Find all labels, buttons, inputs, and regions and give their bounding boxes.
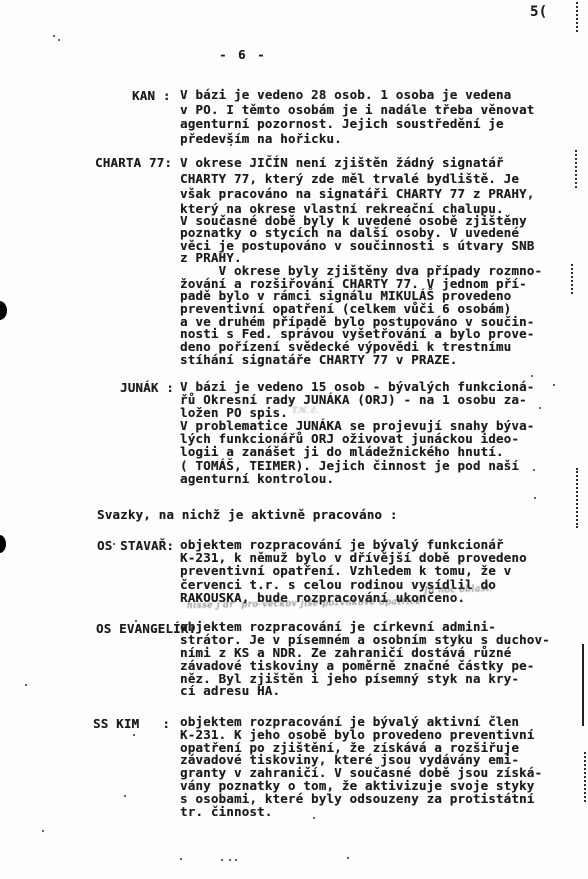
- punch-hole-top: [0, 301, 7, 320]
- ink-speck: [133, 734, 135, 736]
- text-line: logii a zanášet ji do mládežnického hnut…: [180, 445, 534, 458]
- ink-speck: [135, 620, 137, 622]
- text-block-charta-b: který na okrese vlastní rekreační chalup…: [180, 203, 534, 264]
- ink-speck: [180, 858, 182, 860]
- block-label-charta-a: CHARTA 77:: [95, 155, 172, 170]
- text-line: tr. činnost.: [180, 806, 542, 819]
- page-number: - 6 -: [219, 47, 267, 62]
- ink-speck: [113, 543, 115, 545]
- ink-speck: [534, 497, 536, 499]
- ink-speck: [230, 144, 232, 146]
- text-line: agenturní kontrolou.: [180, 472, 534, 485]
- text-line: stíhání signatáře CHARTY 77 v PRAZE.: [180, 354, 542, 367]
- scan-edge-line: [582, 644, 584, 726]
- scan-edge-dots: [584, 752, 586, 802]
- ink-speck: [235, 859, 237, 861]
- text-block-kan: KAN :V bázi je vedeno 28 osob. 1 osoba j…: [180, 88, 534, 147]
- ink-speck: [539, 407, 541, 409]
- text-line: preventivní opatření. Vzhledem k tomu, ž…: [180, 564, 527, 577]
- scan-edge-dots: [571, 264, 573, 294]
- ink-speck: [221, 859, 223, 861]
- text-line: cí adresu HA.: [180, 685, 550, 698]
- ink-speck: [229, 859, 231, 861]
- ink-speck: [53, 35, 55, 37]
- text-line: V okrese JIČÍN není zjištěn žádný signat…: [180, 155, 534, 171]
- text-line: ( TOMÁŠ, TEIMER). Jejich činnost je pod …: [180, 459, 534, 472]
- ink-speck: [533, 469, 535, 471]
- block-label-junak: JUNÁK :: [120, 380, 174, 395]
- text-block-junak: JUNÁK :V bázi je vedeno 15 osob - bývalý…: [180, 380, 534, 485]
- text-line: však pracováno na signatáři CHARTY 77 z …: [180, 186, 534, 202]
- ink-speck: [531, 375, 533, 377]
- text-block-kim: SS KIM :objektem rozpracování je bývalý …: [180, 716, 542, 818]
- ink-speck: [25, 684, 27, 686]
- text-line: především na hořicku.: [180, 132, 534, 147]
- punch-hole-bottom: [0, 535, 6, 553]
- text-line: V bázi je vedeno 28 osob. 1 osoba je ved…: [180, 88, 534, 103]
- scan-edge-dots: [576, 2, 578, 32]
- text-line: agenturní pozornost. Jejich soustředění …: [180, 117, 534, 132]
- block-label-kan: KAN :: [132, 88, 171, 103]
- pencil-mark-junak: T.N. č.: [292, 406, 319, 415]
- text-block-charta-a: CHARTA 77:V okrese JIČÍN není zjištěn žá…: [180, 155, 534, 202]
- text-line: CHARTY 77, který zde měl trvalé bydliště…: [180, 171, 534, 187]
- ink-speck: [124, 795, 126, 797]
- text-block-evangelik: OS EVANGELÍK:objektem rozpracování je cí…: [180, 621, 550, 698]
- scan-edge-dots: [575, 150, 577, 188]
- block-label-kim: SS KIM :: [93, 716, 170, 731]
- scanned-document-page: 5( - 6 - KAN :V bázi je vedeno 28 osob. …: [0, 0, 588, 879]
- ink-speck: [553, 384, 555, 386]
- section-heading-svazky: Svazky, na nichž je aktivně pracováno :: [97, 507, 398, 522]
- ink-speck: [42, 830, 44, 832]
- text-block-charta-c: V okrese byly zjištěny dva případy rozmn…: [180, 265, 542, 367]
- ink-speck: [347, 857, 349, 859]
- corner-page-number: 5(: [530, 4, 547, 20]
- block-label-stavar: OS STAVAŘ:: [97, 538, 174, 553]
- ink-speck: [58, 39, 60, 41]
- ink-speck: [313, 817, 315, 819]
- block-label-evangelik: OS EVANGELÍK:: [96, 621, 196, 636]
- scan-edge-dots: [576, 468, 578, 528]
- text-line: v PO. I těmto osobám je i nadále třeba v…: [180, 103, 534, 118]
